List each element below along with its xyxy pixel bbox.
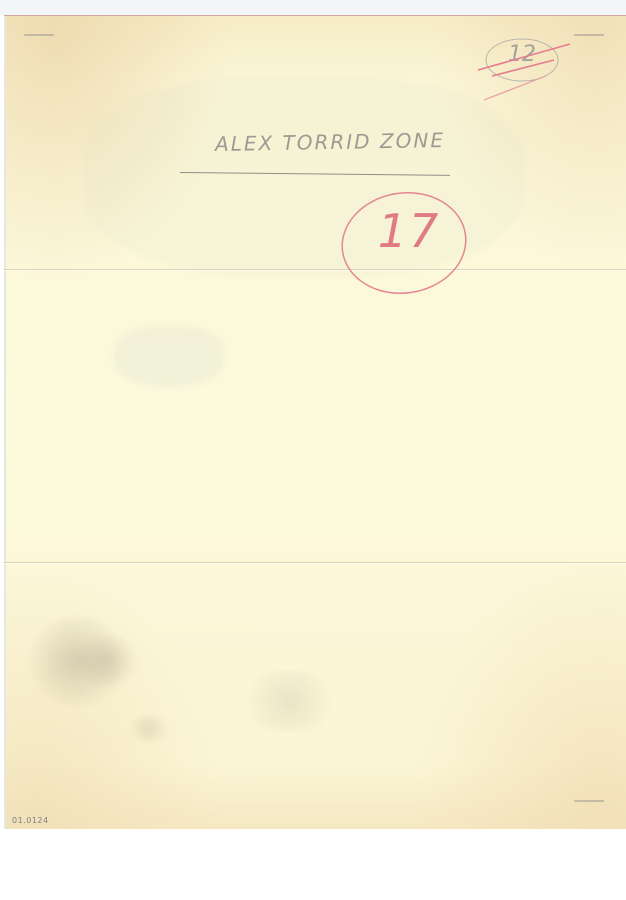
- pin-mark-bottom-right: [574, 800, 604, 802]
- crossed-out-number-mark: 12: [470, 32, 580, 102]
- pencil-smudge: [124, 716, 174, 741]
- red-circled-number-mark: 17: [340, 188, 468, 296]
- fold-line-lower: [4, 562, 626, 563]
- scan-top-margin: [0, 0, 626, 15]
- pin-mark-top-left: [24, 34, 54, 36]
- pencil-smudge: [74, 636, 144, 686]
- red-circled-number: 17: [374, 204, 444, 258]
- pencil-smudge: [234, 671, 344, 731]
- handwritten-title: ALEX TORRID ZONE: [215, 128, 445, 156]
- archive-id-label: 01.0124: [12, 816, 49, 825]
- fold-line-upper: [4, 269, 626, 270]
- bleed-through-text: [114, 326, 224, 386]
- crossed-out-circle-icon: [470, 32, 580, 102]
